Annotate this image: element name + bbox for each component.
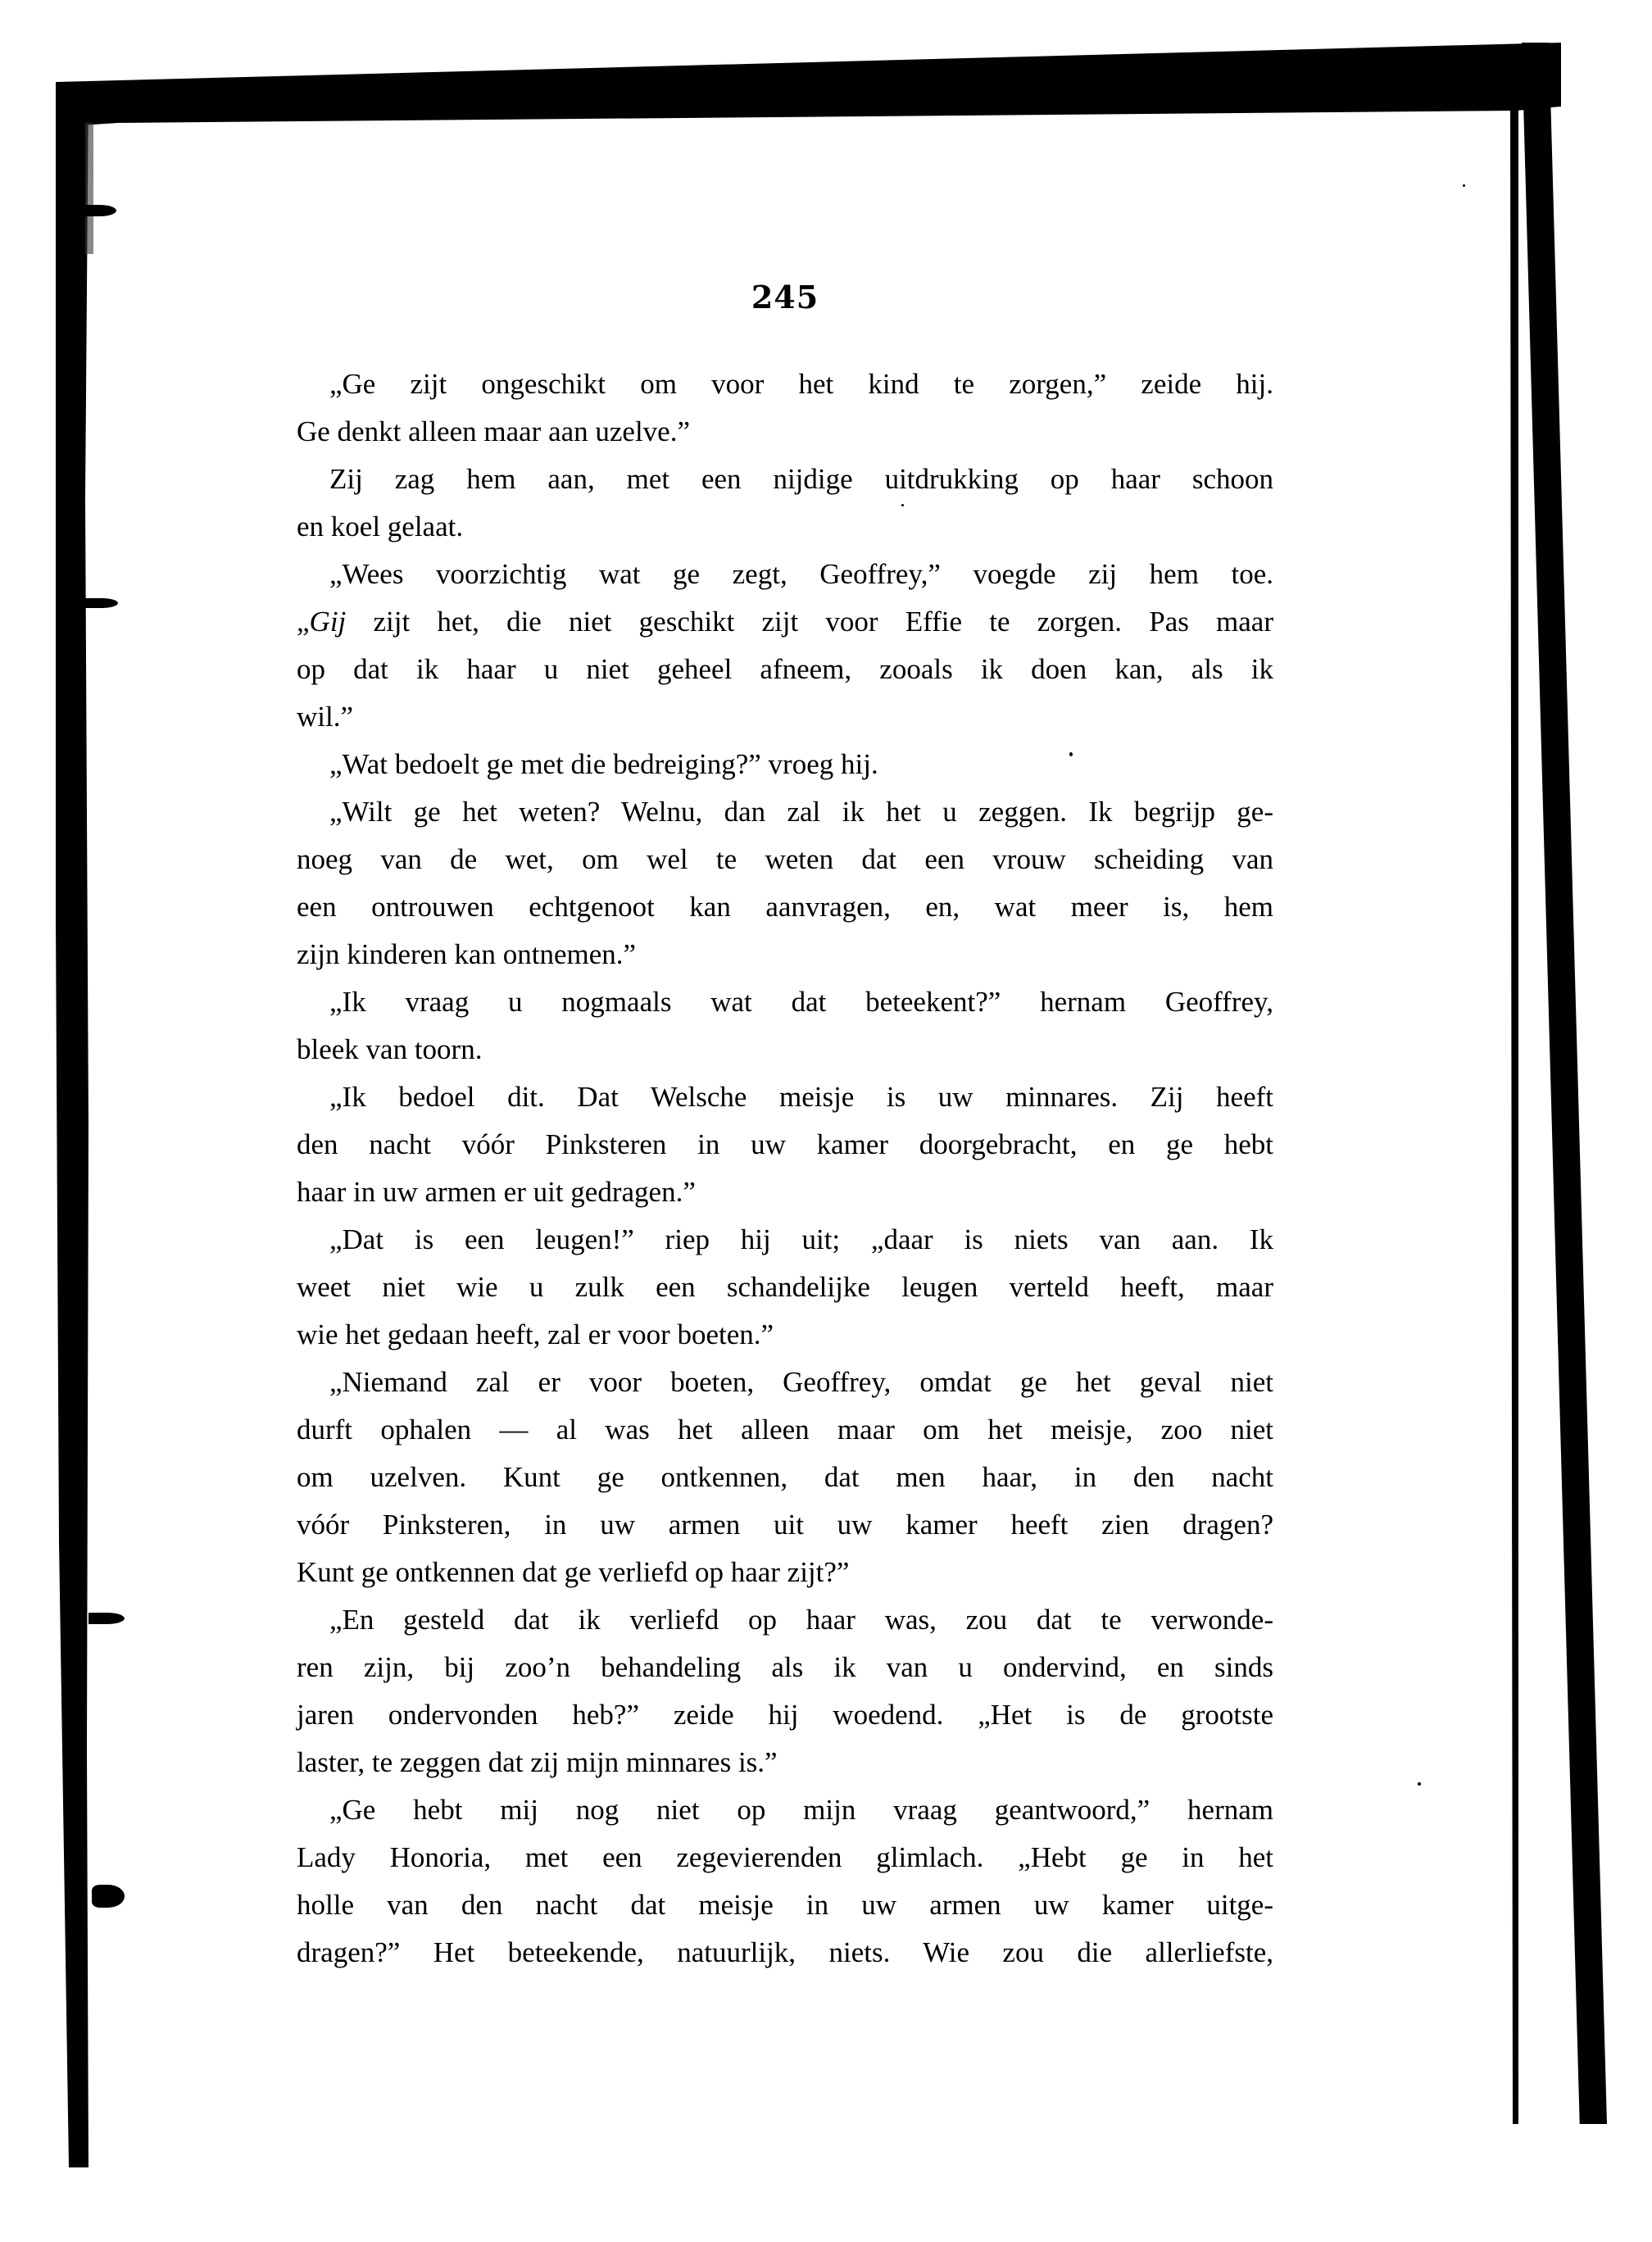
page-number: 245 bbox=[0, 279, 1570, 315]
text-line: durft ophalen — al was het alleen maar o… bbox=[297, 1406, 1273, 1454]
binding-mark bbox=[92, 1885, 125, 1908]
text-line: Kunt ge ontkennen dat ge verliefd op haa… bbox=[297, 1549, 1273, 1596]
text-line: „En gesteld dat ik verliefd op haar was,… bbox=[297, 1596, 1273, 1644]
text-line: wie het gedaan heeft, zal er voor boeten… bbox=[297, 1311, 1273, 1359]
scan-border-top bbox=[57, 0, 1561, 131]
text-line: haar in uw armen er uit gedragen.” bbox=[297, 1169, 1273, 1216]
text-line: „Wilt ge het weten? Welnu, dan zal ik he… bbox=[297, 788, 1273, 836]
text-line: „Niemand zal er voor boeten, Geoffrey, o… bbox=[297, 1359, 1273, 1406]
text-line: holle van den nacht dat meisje in uw arm… bbox=[297, 1881, 1273, 1929]
text-line: „Ik vraag u nogmaals wat dat beteekent?”… bbox=[297, 978, 1273, 1026]
text-line: en koel gelaat. bbox=[297, 503, 1273, 551]
scan-shadow-left bbox=[85, 123, 93, 254]
text-line: wil.” bbox=[297, 693, 1273, 741]
text-line: om uzelven. Kunt ge ontkennen, dat men h… bbox=[297, 1454, 1273, 1501]
text-line: bleek van toorn. bbox=[297, 1026, 1273, 1073]
text-line: „Ge zijt ongeschikt om voor het kind te … bbox=[297, 361, 1273, 408]
text-line: een ontrouwen echtgenoot kan aanvragen, … bbox=[297, 883, 1273, 931]
text-line: weet niet wie u zulk een schandelijke le… bbox=[297, 1264, 1273, 1311]
scan-border-left bbox=[56, 82, 88, 2167]
binding-mark bbox=[88, 1613, 125, 1624]
text-line: dragen?” Het beteekende, natuurlijk, nie… bbox=[297, 1929, 1273, 1976]
text-line: „Wat bedoelt ge met die bedreiging?” vro… bbox=[297, 741, 1273, 788]
scan-border-right bbox=[1510, 43, 1607, 2124]
text-line: „Ge hebt mij nog niet op mijn vraag gean… bbox=[297, 1786, 1273, 1834]
text-line: noeg van de wet, om wel te weten dat een… bbox=[297, 836, 1273, 883]
text-line: „Gij zijt het, die niet geschikt zijt vo… bbox=[297, 598, 1273, 646]
text-line: Lady Honoria, met een zegevierenden glim… bbox=[297, 1834, 1273, 1881]
scan-speck bbox=[1418, 1782, 1421, 1786]
text-line: den nacht vóór Pinksteren in uw kamer do… bbox=[297, 1121, 1273, 1169]
body-text: „Ge zijt ongeschikt om voor het kind te … bbox=[297, 361, 1273, 1976]
binding-mark bbox=[82, 205, 116, 216]
binding-mark bbox=[85, 598, 118, 608]
text-line: „Wees voorzichtig wat ge zegt, Geoffrey,… bbox=[297, 551, 1273, 598]
text-line: zijn kinderen kan ontnemen.” bbox=[297, 931, 1273, 978]
text-line: vóór Pinksteren, in uw armen uit uw kame… bbox=[297, 1501, 1273, 1549]
text-line: ren zijn, bij zoo’n behandeling als ik v… bbox=[297, 1644, 1273, 1691]
text-line: Zij zag hem aan, met een nijdige uitdruk… bbox=[297, 456, 1273, 503]
text-line: „Ik bedoel dit. Dat Welsche meisje is uw… bbox=[297, 1073, 1273, 1121]
text-line: laster, te zeggen dat zij mijn minnares … bbox=[297, 1739, 1273, 1786]
text-line: op dat ik haar u niet geheel afneem, zoo… bbox=[297, 646, 1273, 693]
scan-speck bbox=[1463, 184, 1465, 187]
text-line: jaren ondervonden heb?” zeide hij woeden… bbox=[297, 1691, 1273, 1739]
text-line: „Dat is een leugen!” riep hij uit; „daar… bbox=[297, 1216, 1273, 1264]
text-line: Ge denkt alleen maar aan uzelve.” bbox=[297, 408, 1273, 456]
